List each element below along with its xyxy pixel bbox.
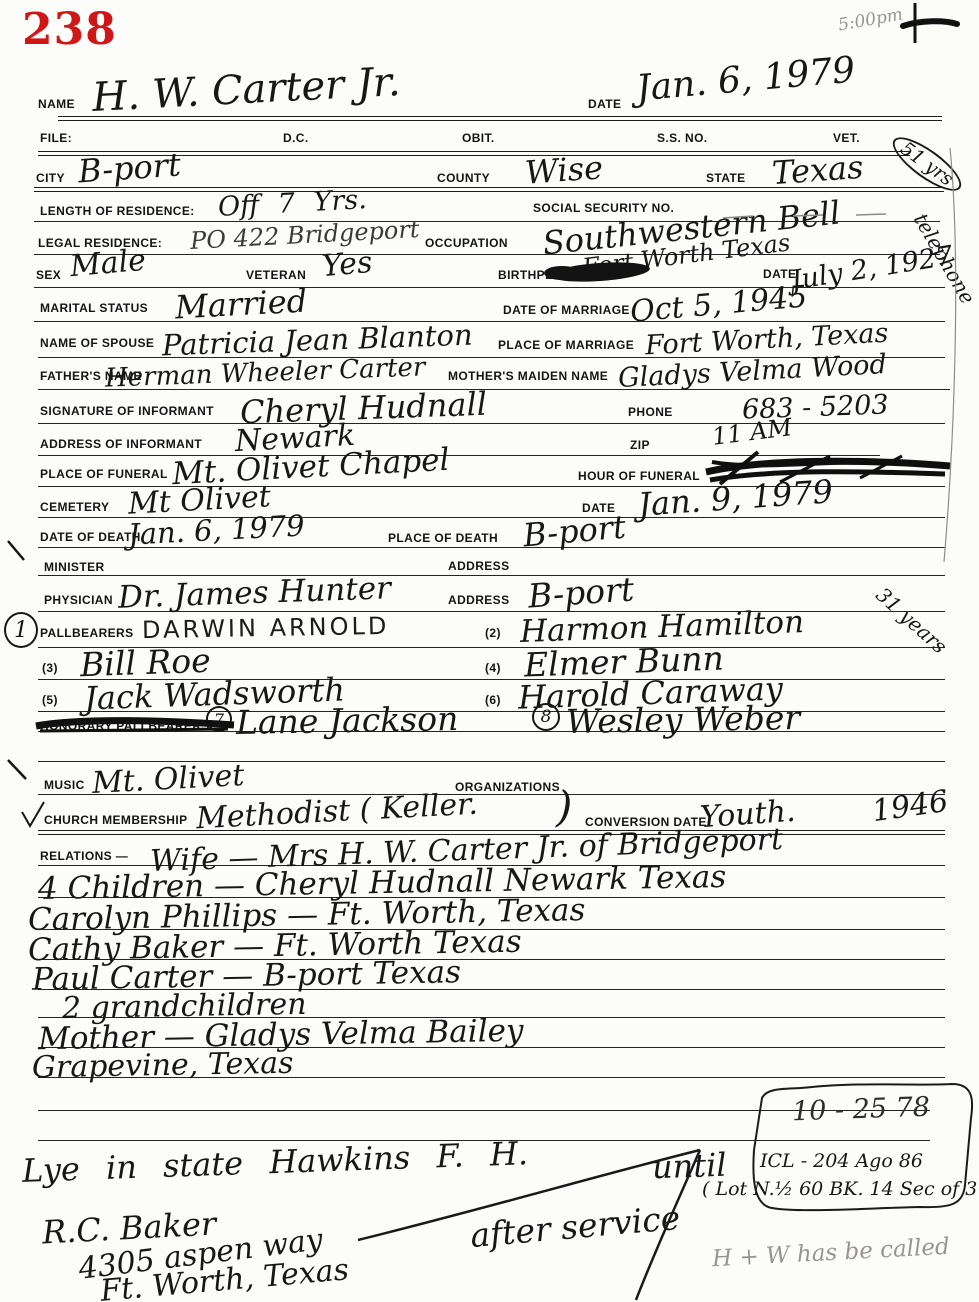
place-of-death-value: B-port (522, 511, 627, 552)
place-of-marriage-label: PLACE OF MARRIAGE (498, 338, 634, 352)
phone-label: PHONE (628, 405, 673, 419)
physician-label: PHYSICIAN (44, 593, 113, 607)
city-label: CITY (36, 171, 65, 185)
birthplace-label: BIRTHPLACE (498, 268, 579, 282)
pallbearer-8-name: Wesley Weber (566, 701, 801, 738)
lot-note-line2: ( Lot N.½ 60 BK. 14 Sec of 37. (702, 1180, 979, 1199)
occupation-label: OCCUPATION (425, 236, 508, 250)
obit-label: OBIT. (462, 131, 495, 145)
zip-label: ZIP (630, 438, 650, 452)
pallbearer-3-num: (3) (42, 661, 58, 675)
length-of-residence-value: Off 7 Yrs. (217, 186, 367, 221)
after-service-note: after service (469, 1201, 681, 1252)
funeral-record-page: 238 5:00pm NAME H. W. Carter Jr. DATE Ja… (0, 0, 979, 1302)
physician-value: Dr. James Hunter (118, 573, 392, 614)
lot-note-line1: ICL - 204 Ago 86 (760, 1152, 923, 1171)
rule (34, 254, 940, 255)
pallbearers-label: PALLBEARERS (40, 626, 134, 640)
pallbearer-1-circle: 1 (4, 612, 38, 648)
minister-label: MINISTER (44, 560, 105, 574)
signature-of-informant-label: SIGNATURE OF INFORMANT (40, 404, 214, 418)
rule (38, 575, 945, 576)
pallbearer-4-num: (4) (485, 661, 501, 675)
music-value: Mt. Olivet (91, 761, 245, 799)
church-membership-paren: ) (556, 786, 572, 828)
date-of-death-label: DATE OF DEATH (40, 530, 141, 544)
date-of-death-value: Jan. 6, 1979 (127, 511, 305, 549)
relations-label: RELATIONS — (40, 849, 128, 863)
pallbearer-6-num: (6) (485, 693, 501, 707)
county-label: COUNTY (437, 171, 490, 185)
lie-in-state-line: Lye in state Hawkins F. H. (22, 1137, 529, 1187)
veteran-label: VETERAN (246, 268, 306, 282)
pencil-note-bottom: H + W has be called (712, 1236, 951, 1271)
ssno-label: S.S. NO. (657, 131, 708, 145)
pencil-note-top: 5:00pm (837, 6, 904, 34)
physician-address-label: ADDRESS (448, 593, 509, 607)
veteran-value: Yes (321, 248, 374, 282)
place-of-funeral-label: PLACE OF FUNERAL (40, 467, 168, 481)
marital-status-label: MARITAL STATUS (40, 301, 148, 315)
sex-value: Male (69, 246, 147, 283)
margin-check (22, 802, 44, 826)
vet-label: VET. (833, 131, 860, 145)
music-label: MUSIC (44, 778, 85, 792)
pallbearer-1-name: DARWIN ARNOLD (142, 614, 390, 642)
church-membership-value: Methodist ( Keller. (195, 790, 478, 835)
address-of-informant-label: ADDRESS OF INFORMANT (40, 437, 202, 451)
bottom-date-note: 10 - 25 78 (792, 1094, 931, 1126)
marital-status-value: Married (174, 285, 308, 324)
place-of-death-label: PLACE OF DEATH (388, 531, 498, 545)
city-value: B-port (77, 148, 182, 187)
page-crease (944, 148, 956, 562)
hour-of-funeral-label: HOUR OF FUNERAL (578, 469, 700, 483)
rule-under-name (58, 116, 942, 121)
pallbearer-5-num: (5) (42, 693, 58, 707)
margin-tick (8, 541, 24, 560)
name-of-spouse-value: Patricia Jean Blanton (162, 321, 473, 361)
minister-address-label: ADDRESS (448, 559, 509, 573)
fathers-name-value: Herman Wheeler Carter (105, 354, 426, 391)
state-label: STATE (706, 171, 746, 185)
mothers-maiden-name-label: MOTHER'S MAIDEN NAME (448, 369, 608, 383)
length-of-residence-label: LENGTH OF RESIDENCE: (40, 204, 195, 218)
pallbearer-7-name: Lane Jackson (236, 702, 459, 739)
relations-line: Grapevine, Texas (32, 1049, 294, 1084)
name-value: H. W. Carter Jr. (91, 62, 401, 118)
pallbearer-8-circle: 8 (532, 703, 560, 731)
physician-margin-note: 31 years (873, 584, 951, 657)
file-label: FILE: (40, 131, 72, 145)
zip-note: 11 AM (711, 415, 793, 449)
cemetery-label: CEMETERY (40, 500, 109, 514)
county-value: Wise (524, 151, 604, 188)
honorary-pallbearers-label: HONORARY PALLBEARERS (40, 719, 210, 733)
name-label: NAME (38, 97, 75, 111)
rule (38, 455, 880, 456)
physician-address-value: B-port (527, 572, 635, 612)
date-label: DATE (588, 97, 621, 111)
page-number: 238 (22, 4, 117, 55)
pallbearer-2-num: (2) (485, 626, 501, 640)
conversion-year: 1946 (870, 787, 950, 827)
church-membership-label: CHURCH MEMBERSHIP (44, 813, 187, 827)
pallbearer-7-circle: 7 (206, 706, 232, 732)
date-value: Jan. 6, 1979 (635, 53, 857, 108)
name-of-spouse-label: NAME OF SPOUSE (40, 336, 154, 350)
date-of-marriage-label: DATE OF MARRIAGE (503, 303, 630, 317)
ss-dash (856, 214, 886, 215)
margin-tick (8, 760, 26, 779)
state-value: Texas (771, 151, 864, 189)
dc-label: D.C. (283, 131, 309, 145)
heavy-dash (903, 21, 957, 26)
sex-label: SEX (36, 268, 61, 282)
